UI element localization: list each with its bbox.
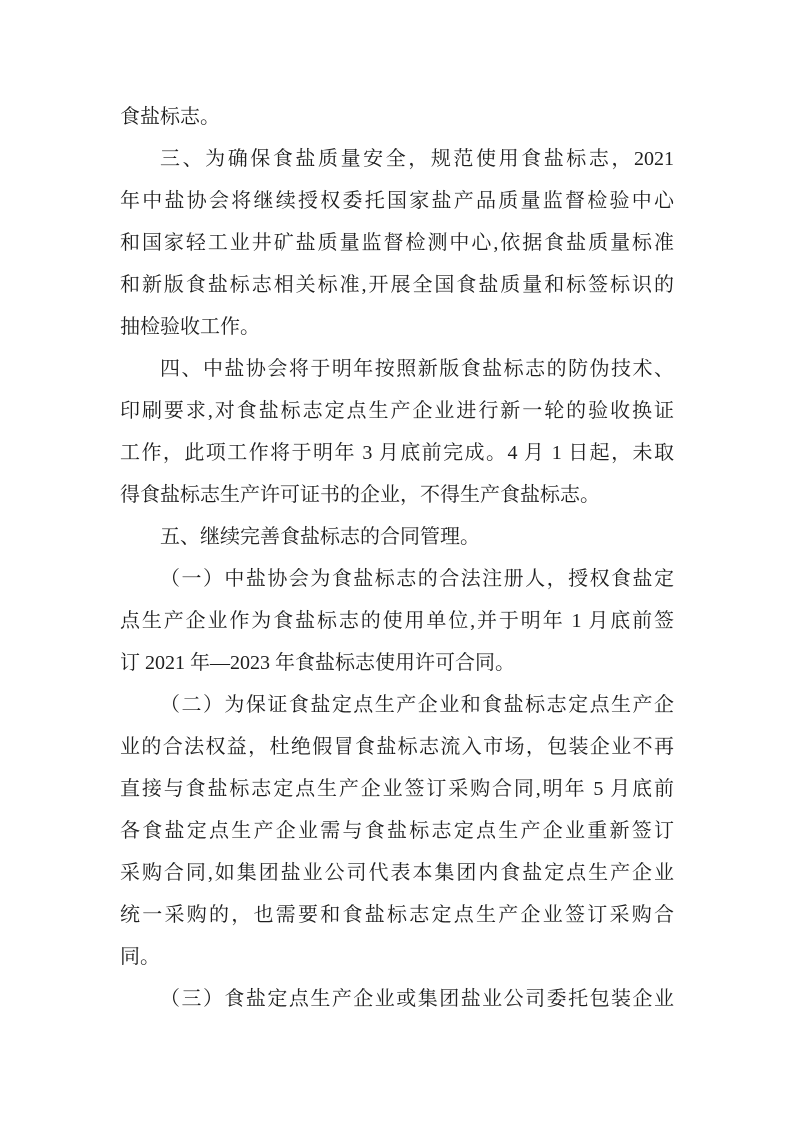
paragraph-item-5: 五、继续完善食盐标志的合同管理。 <box>120 516 674 558</box>
text-line: 统一采购的，也需要和食盐标志定点生产企业签订采购合 <box>120 894 674 936</box>
paragraph-item-3: 三、为确保食盐质量安全，规范使用食盐标志，2021 年中盐协会将继续授权委托国家… <box>120 138 674 348</box>
text-line: 点生产企业作为食盐标志的使用单位,并于明年 1 月底前签 <box>120 600 674 642</box>
text-line: 年中盐协会将继续授权委托国家盐产品质量监督检验中心 <box>120 180 674 222</box>
text-line: （一）中盐协会为食盐标志的合法注册人，授权食盐定 <box>120 558 674 600</box>
text-line: 和新版食盐标志相关标准,开展全国食盐质量和标签标识的 <box>120 264 674 306</box>
text-line: 食盐标志。 <box>120 96 674 138</box>
text-line: 和国家轻工业井矿盐质量监督检测中心,依据食盐质量标准 <box>120 222 674 264</box>
text-line: 业的合法权益，杜绝假冒食盐标志流入市场，包装企业不再 <box>120 726 674 768</box>
text-line: 四、中盐协会将于明年按照新版食盐标志的防伪技术、 <box>120 348 674 390</box>
text-line: （二）为保证食盐定点生产企业和食盐标志定点生产企 <box>120 684 674 726</box>
text-line: 采购合同,如集团盐业公司代表本集团内食盐定点生产企业 <box>120 852 674 894</box>
paragraph-item-4: 四、中盐协会将于明年按照新版食盐标志的防伪技术、 印刷要求,对食盐标志定点生产企… <box>120 348 674 516</box>
paragraph-item-5-sub-3: （三）食盐定点生产企业或集团盐业公司委托包装企业 <box>120 978 674 1020</box>
text-line: 五、继续完善食盐标志的合同管理。 <box>120 516 674 558</box>
text-line: 订 2021 年—2023 年食盐标志使用许可合同。 <box>120 642 674 684</box>
paragraph-continuation: 食盐标志。 <box>120 96 674 138</box>
text-line: 工作，此项工作将于明年 3 月底前完成。4 月 1 日起，未取 <box>120 432 674 474</box>
text-line: （三）食盐定点生产企业或集团盐业公司委托包装企业 <box>120 978 674 1020</box>
text-line: 抽检验收工作。 <box>120 306 674 348</box>
text-line: 三、为确保食盐质量安全，规范使用食盐标志，2021 <box>120 138 674 180</box>
paragraph-item-5-sub-1: （一）中盐协会为食盐标志的合法注册人，授权食盐定 点生产企业作为食盐标志的使用单… <box>120 558 674 684</box>
text-line: 印刷要求,对食盐标志定点生产企业进行新一轮的验收换证 <box>120 390 674 432</box>
document-page: 食盐标志。 三、为确保食盐质量安全，规范使用食盐标志，2021 年中盐协会将继续… <box>0 0 800 1131</box>
paragraph-item-5-sub-2: （二）为保证食盐定点生产企业和食盐标志定点生产企 业的合法权益，杜绝假冒食盐标志… <box>120 684 674 978</box>
text-line: 各食盐定点生产企业需与食盐标志定点生产企业重新签订 <box>120 810 674 852</box>
text-line: 直接与食盐标志定点生产企业签订采购合同,明年 5 月底前 <box>120 768 674 810</box>
text-line: 同。 <box>120 936 674 978</box>
text-line: 得食盐标志生产许可证书的企业，不得生产食盐标志。 <box>120 474 674 516</box>
